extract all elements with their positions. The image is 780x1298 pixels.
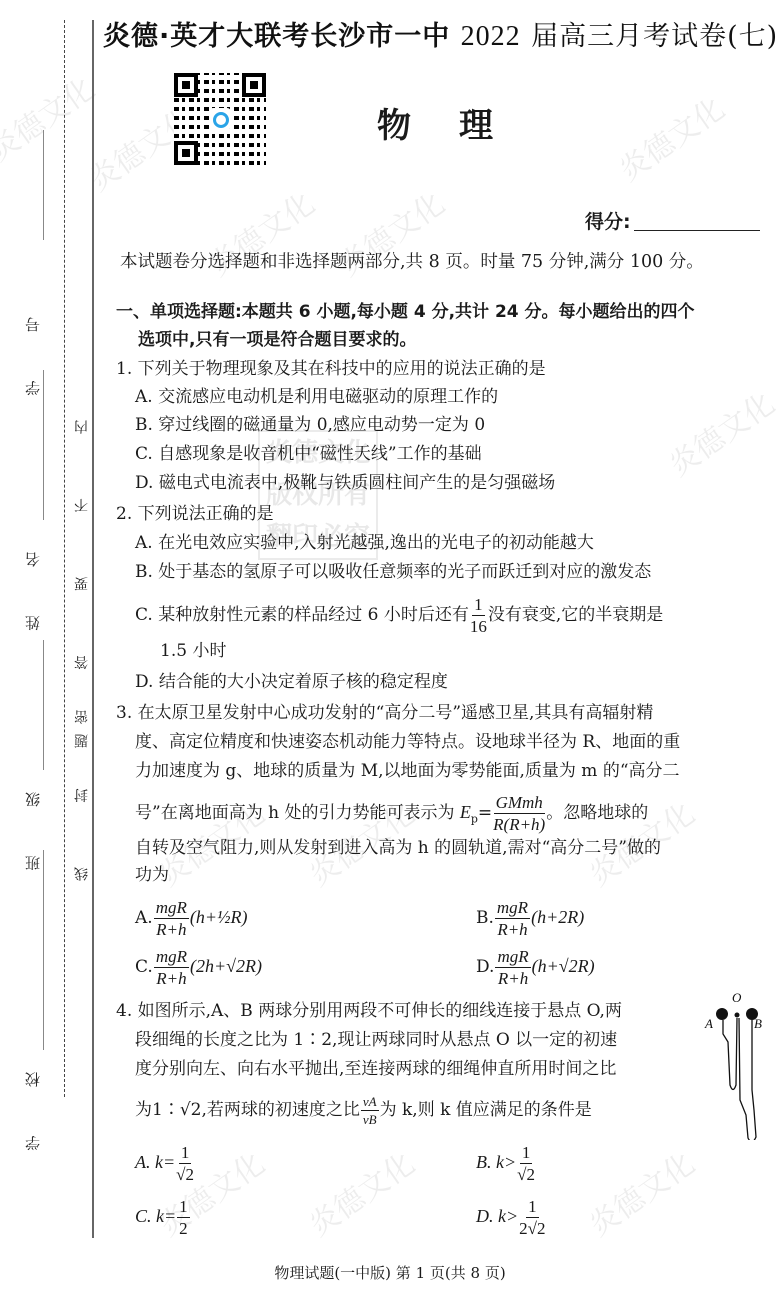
question-4-stem: 为1∶√2,若两球的初速度之比vAvB为 k,则 k 值应满足的条件是	[135, 1088, 592, 1132]
fraction-numerator: 1	[526, 1198, 539, 1218]
question-3-stem: 度、高定位精度和快速姿态机动能力等特点。设地球半径为 R、地面的重	[135, 731, 680, 753]
option-label: A.	[135, 908, 153, 928]
option-label: C. k=	[135, 1206, 176, 1226]
fraction-numerator: vA	[361, 1095, 379, 1111]
fraction-denominator: √2	[517, 1164, 535, 1183]
fraction-numerator: 1	[177, 1198, 190, 1218]
section-line: 一、单项选择题:本题共 6 小题,每小题 4 分,共计 24 分。每小题给出的四…	[116, 302, 695, 322]
fraction-numerator: mgR	[495, 899, 530, 919]
student-id-blank[interactable]	[43, 130, 44, 240]
fraction-denominator: R+h	[156, 919, 186, 938]
question-3-stem: 力加速度为 g、地球的质量为 M,以地面为零势能面,质量为 m 的“高分二	[135, 760, 680, 782]
option-label: D.	[476, 957, 494, 977]
formula-subscript: p	[471, 812, 478, 825]
question-4-stem: 4. 如图所示,A、B 两球分别用两段不可伸长的细线连接于悬点 O,两	[116, 1000, 622, 1022]
q4-option-c[interactable]: C. k=12	[135, 1194, 191, 1239]
option-factor: (h+√2R)	[532, 956, 595, 976]
fraction-numerator: GMmh	[494, 794, 545, 814]
fraction-denominator: 2	[179, 1218, 188, 1237]
watermark: 炎德文化	[608, 85, 732, 190]
qr-code-icon[interactable]	[174, 73, 266, 165]
svg-text:O: O	[732, 990, 742, 1005]
option-label: D. k>	[476, 1206, 518, 1226]
q1-option-c[interactable]: C. 自感现象是收音机中“磁性天线”工作的基础	[135, 443, 482, 465]
q3-option-a[interactable]: A.mgRR+h(h+½R)	[135, 895, 248, 940]
fraction-numerator: mgR	[495, 948, 530, 968]
exam-intro: 本试题卷分选择题和非选择题两部分,共 8 页。时量 75 分钟,满分 100 分…	[120, 248, 704, 273]
q3-option-c[interactable]: C.mgRR+h(2h+√2R)	[135, 944, 262, 989]
score-label: 得分:	[585, 207, 631, 234]
class-label: 班 级	[22, 770, 43, 871]
section-heading: 一、单项选择题:本题共 6 小题,每小题 4 分,共计 24 分。每小题给出的四…	[116, 298, 766, 354]
option-label: B. k>	[476, 1152, 516, 1172]
question-3-stem: 功为	[135, 864, 169, 886]
option-factor: (h+½R)	[190, 907, 248, 927]
question-4-stem: 度分别向左、向右水平抛出,至连接两球的细绳伸直所用时间之比	[135, 1058, 616, 1080]
title-year: 2022	[461, 21, 521, 52]
fraction-denominator: R+h	[498, 968, 528, 987]
name-label: 姓 名	[22, 530, 43, 631]
q4-option-d[interactable]: D. k>12√2	[476, 1194, 546, 1239]
title-prefix: 炎德·英才大联考长沙市一中	[103, 21, 450, 52]
stem-text: 为1∶√2,若两球的初速度之比	[135, 1100, 360, 1120]
q4-option-a[interactable]: A. k=1√2	[135, 1140, 195, 1185]
two-balls-string-diagram-icon: O A B	[704, 990, 774, 1140]
fraction-numerator: mgR	[154, 948, 189, 968]
question-1-stem: 1. 下列关于物理现象及其在科技中的应用的说法正确的是	[116, 358, 546, 380]
binding-border	[92, 20, 94, 1238]
watermark: 炎德文化	[578, 1140, 702, 1245]
watermark: 炎德文化	[658, 380, 780, 485]
formula-symbol: E	[460, 802, 471, 822]
seal-notice-bottom: 线 封 密	[72, 680, 92, 881]
fraction-denominator: vB	[363, 1111, 377, 1126]
question-4-stem: 段细绳的长度之比为 1∶2,现让两球同时从悬点 O 以一定的初速	[135, 1029, 617, 1051]
q2-option-c[interactable]: C. 某种放射性元素的样品经过 6 小时后还有116没有衰变,它的半衰期是	[135, 593, 663, 637]
question-3-stem: 3. 在太原卫星发射中心成功发射的“高分二号”遥感卫星,其具有高辐射精	[116, 702, 653, 724]
class-blank[interactable]	[43, 640, 44, 770]
fraction-numerator: 1	[179, 1144, 192, 1164]
question-3-stem: 自转及空气阻力,则从发射到进入高为 h 的圆轨道,需对“高分二号”做的	[135, 837, 661, 859]
page-footer: 物理试题(一中版) 第 1 页(共 8 页)	[0, 1262, 780, 1283]
stem-text: 号”在离地面高为 h 处的引力势能可表示为	[135, 803, 454, 823]
option-label: A. k=	[135, 1152, 175, 1172]
section-line: 选项中,只有一项是符合题目要求的。	[116, 326, 766, 354]
fraction-numerator: 1	[520, 1144, 533, 1164]
fraction-denominator: 16	[470, 616, 487, 635]
fraction-denominator: R(R+h)	[493, 814, 545, 833]
option-text: 没有衰变,它的半衰期是	[488, 605, 663, 625]
stem-text: 。忽略地球的	[546, 803, 648, 823]
fraction-numerator: 1	[472, 596, 485, 616]
option-label: B.	[476, 908, 494, 928]
student-id-label: 学 号	[22, 295, 43, 396]
svg-text:A: A	[704, 1016, 713, 1031]
fraction-denominator: 2√2	[519, 1218, 545, 1237]
question-3-stem: 号”在离地面高为 h 处的引力势能可表示为 Ep=GMmhR(R+h)。忽略地球…	[135, 790, 648, 841]
name-blank[interactable]	[43, 370, 44, 520]
q1-option-d[interactable]: D. 磁电式电流表中,极靴与铁质圆柱间产生的是匀强磁场	[135, 472, 555, 494]
exam-title: 炎德·英才大联考长沙市一中 2022 届高三月考试卷(七)	[103, 14, 778, 53]
score-blank[interactable]	[634, 230, 760, 231]
q3-option-b[interactable]: B.mgRR+h(h+2R)	[476, 895, 584, 940]
fraction-denominator: R+h	[497, 919, 527, 938]
option-text: C. 某种放射性元素的样品经过 6 小时后还有	[135, 605, 469, 625]
option-factor: (h+2R)	[531, 907, 584, 927]
app-logo-icon	[209, 108, 231, 130]
school-blank[interactable]	[43, 850, 44, 1050]
pendulum-figure: O A B	[704, 990, 774, 1140]
q1-option-b[interactable]: B. 穿过线圈的磁通量为 0,感应电动势一定为 0	[135, 414, 485, 436]
q2-option-d[interactable]: D. 结合能的大小决定着原子核的稳定程度	[135, 671, 448, 693]
fraction-numerator: mgR	[154, 899, 189, 919]
watermark: 炎德文化	[298, 1140, 422, 1245]
q1-option-a[interactable]: A. 交流感应电动机是利用电磁驱动的原理工作的	[135, 386, 498, 408]
q2-option-b[interactable]: B. 处于基态的氢原子可以吸收任意频率的光子而跃迁到对应的激发态	[135, 561, 651, 583]
q3-option-d[interactable]: D.mgRR+h(h+√2R)	[476, 944, 595, 989]
question-2-stem: 2. 下列说法正确的是	[116, 503, 274, 525]
fraction-denominator: R+h	[156, 968, 186, 987]
q2-option-a[interactable]: A. 在光电效应实验中,入射光越强,逸出的光电子的初动能越大	[135, 532, 594, 554]
school-label: 学 校	[22, 1050, 43, 1151]
watermark: 炎德文化	[0, 65, 102, 170]
title-suffix: 届高三月考试卷(七)	[531, 21, 778, 52]
option-label: C.	[135, 957, 153, 977]
q2-option-c-cont: 1.5 小时	[160, 640, 226, 662]
cut-line	[64, 20, 65, 1097]
fraction-denominator: √2	[176, 1164, 194, 1183]
q4-option-b[interactable]: B. k>1√2	[476, 1140, 536, 1185]
subject-title: 物理	[377, 98, 541, 147]
option-factor: (2h+√2R)	[190, 956, 262, 976]
stem-text: 为 k,则 k 值应满足的条件是	[380, 1100, 592, 1120]
